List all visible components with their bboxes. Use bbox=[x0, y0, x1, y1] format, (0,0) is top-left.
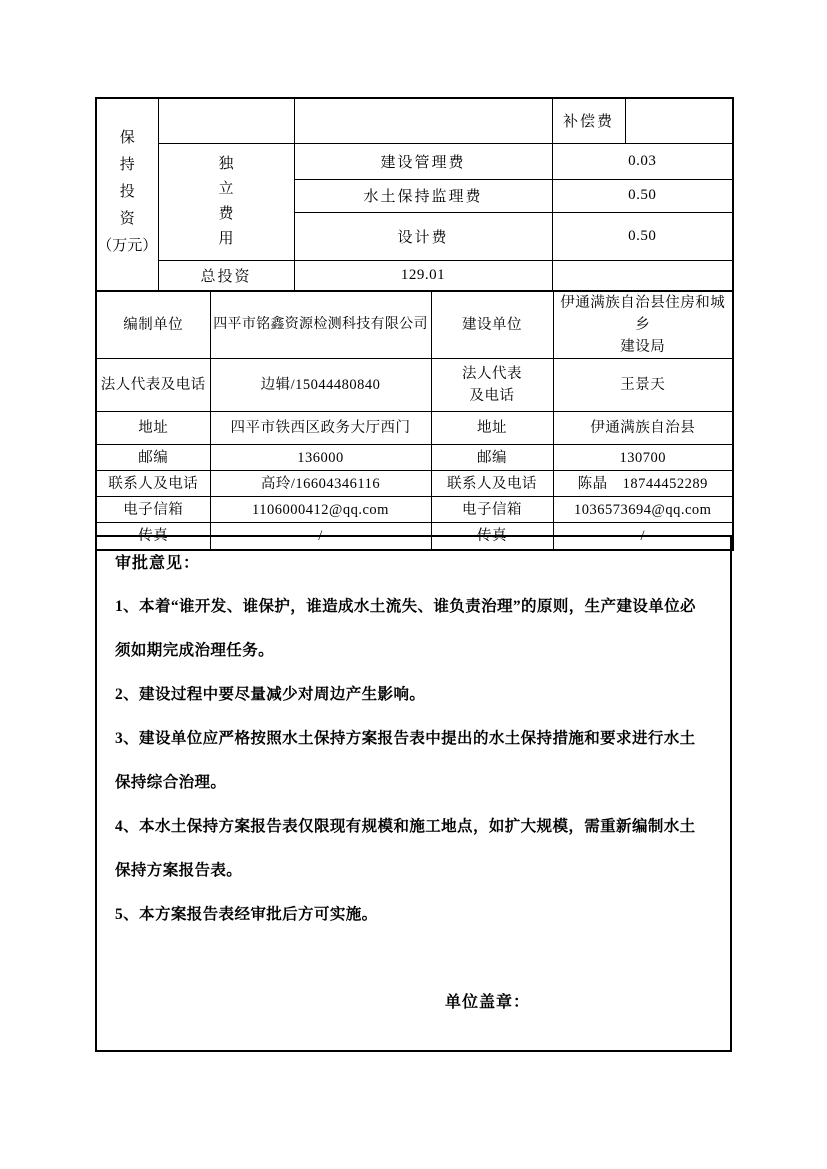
approval-line: 2、建设过程中要尽量减少对周边产生影响。 bbox=[115, 673, 720, 717]
legal-rep-label-left: 法人代表及电话 bbox=[96, 359, 210, 412]
fee-left-header-char: 投 bbox=[97, 185, 158, 200]
legal-rep-value-left: 边辑/15044480840 bbox=[210, 359, 431, 412]
info-row-units: 编制单位 四平市铭鑫资源检测科技有限公司 建设单位 伊通满族自治县住房和城乡 建… bbox=[96, 291, 733, 359]
fee-row-management: 独 立 费 用 建设管理费 0.03 bbox=[96, 143, 733, 179]
address-label-right: 地址 bbox=[431, 412, 553, 445]
fee-independent-char: 费 bbox=[159, 207, 294, 222]
fee-compensation-label: 补偿费 bbox=[552, 98, 625, 143]
postcode-value-right: 130700 bbox=[553, 445, 733, 471]
approval-line: 1、本着“谁开发、谁保护，谁造成水土流失、谁负责治理”的原则，生产建设单位必 bbox=[115, 585, 720, 629]
fee-row-compensation: 保 持 投 资 （万元） 补偿费 bbox=[96, 98, 733, 143]
fee-empty-cell bbox=[552, 260, 733, 291]
postcode-label-left: 邮编 bbox=[96, 445, 210, 471]
legal-rep-value-right: 王景天 bbox=[553, 359, 733, 412]
address-value-right: 伊通满族自治县 bbox=[553, 412, 733, 445]
fee-compensation-value bbox=[625, 98, 733, 143]
compiling-unit-label: 编制单位 bbox=[96, 291, 210, 359]
email-label-left: 电子信箱 bbox=[96, 497, 210, 523]
approval-line: 4、本水土保持方案报告表仅限现有规模和施工地点，如扩大规模，需重新编制水土 bbox=[115, 805, 720, 849]
approval-line: 3、建设单位应严格按照水土保持方案报告表中提出的水土保持措施和要求进行水土 bbox=[115, 717, 720, 761]
approval-text: 1、本着“谁开发、谁保护，谁造成水土流失、谁负责治理”的原则，生产建设单位必 须… bbox=[97, 585, 730, 937]
fee-total-label: 总投资 bbox=[158, 260, 294, 291]
contact-value-left: 高玲/16604346116 bbox=[210, 471, 431, 497]
compiling-unit-value: 四平市铭鑫资源检测科技有限公司 bbox=[210, 291, 431, 359]
fee-left-header-char: 资 bbox=[97, 212, 158, 227]
fee-total-value: 129.01 bbox=[294, 260, 552, 291]
postcode-value-left: 136000 bbox=[210, 445, 431, 471]
fee-left-header-cell: 保 持 投 资 （万元） bbox=[96, 98, 158, 291]
fee-management-value: 0.03 bbox=[552, 143, 733, 179]
address-label-left: 地址 bbox=[96, 412, 210, 445]
contact-label-right: 联系人及电话 bbox=[431, 471, 553, 497]
info-row-legal-rep: 法人代表及电话 边辑/15044480840 法人代表 及电话 王景天 bbox=[96, 359, 733, 412]
info-row-postcode: 邮编 136000 邮编 130700 bbox=[96, 445, 733, 471]
fee-independent-char: 用 bbox=[159, 232, 294, 247]
fee-supervision-value: 0.50 bbox=[552, 179, 733, 212]
approval-line: 须如期完成治理任务。 bbox=[115, 629, 720, 673]
approval-line: 保持方案报告表。 bbox=[115, 849, 720, 893]
info-row-contact: 联系人及电话 高玲/16604346116 联系人及电话 陈晶 18744452… bbox=[96, 471, 733, 497]
fee-management-label: 建设管理费 bbox=[294, 143, 552, 179]
email-value-right: 1036573694@qq.com bbox=[553, 497, 733, 523]
contact-value-right: 陈晶 18744452289 bbox=[553, 471, 733, 497]
approval-line: 5、本方案报告表经审批后方可实施。 bbox=[115, 893, 720, 937]
unit-stamp-label: 单位盖章： bbox=[445, 989, 530, 1012]
email-value-left: 1106000412@qq.com bbox=[210, 497, 431, 523]
approval-opinion-box: 审批意见： 1、本着“谁开发、谁保护，谁造成水土流失、谁负责治理”的原则，生产建… bbox=[95, 535, 732, 1052]
fee-left-header-unit: （万元） bbox=[97, 239, 158, 254]
construction-unit-label: 建设单位 bbox=[431, 291, 553, 359]
approval-line: 保持综合治理。 bbox=[115, 761, 720, 805]
document-page: 保 持 投 资 （万元） 补偿费 独 立 费 用 建设管理费 bbox=[0, 0, 827, 1169]
fee-independent-char: 独 bbox=[159, 157, 294, 172]
fee-table: 保 持 投 资 （万元） 补偿费 独 立 费 用 建设管理费 bbox=[95, 97, 734, 292]
fee-independent-char: 立 bbox=[159, 182, 294, 197]
address-value-left: 四平市铁西区政务大厅西门 bbox=[210, 412, 431, 445]
info-row-address: 地址 四平市铁西区政务大厅西门 地址 伊通满族自治县 bbox=[96, 412, 733, 445]
email-label-right: 电子信箱 bbox=[431, 497, 553, 523]
fee-design-value: 0.50 bbox=[552, 212, 733, 260]
construction-unit-value: 伊通满族自治县住房和城乡 建设局 bbox=[553, 291, 733, 359]
fee-row-total: 总投资 129.01 bbox=[96, 260, 733, 291]
fee-left-header-char: 保 bbox=[97, 131, 158, 146]
approval-title: 审批意见： bbox=[115, 551, 718, 577]
fee-supervision-label: 水土保持监理费 bbox=[294, 179, 552, 212]
fee-empty-cell bbox=[294, 98, 552, 143]
fee-left-header-char: 持 bbox=[97, 158, 158, 173]
postcode-label-right: 邮编 bbox=[431, 445, 553, 471]
fee-design-label: 设计费 bbox=[294, 212, 552, 260]
contact-label-left: 联系人及电话 bbox=[96, 471, 210, 497]
legal-rep-label-right: 法人代表 及电话 bbox=[431, 359, 553, 412]
fee-independent-cost-cell: 独 立 费 用 bbox=[158, 143, 294, 260]
fee-empty-cell bbox=[158, 98, 294, 143]
info-table: 编制单位 四平市铭鑫资源检测科技有限公司 建设单位 伊通满族自治县住房和城乡 建… bbox=[95, 290, 734, 551]
info-row-email: 电子信箱 1106000412@qq.com 电子信箱 1036573694@q… bbox=[96, 497, 733, 523]
